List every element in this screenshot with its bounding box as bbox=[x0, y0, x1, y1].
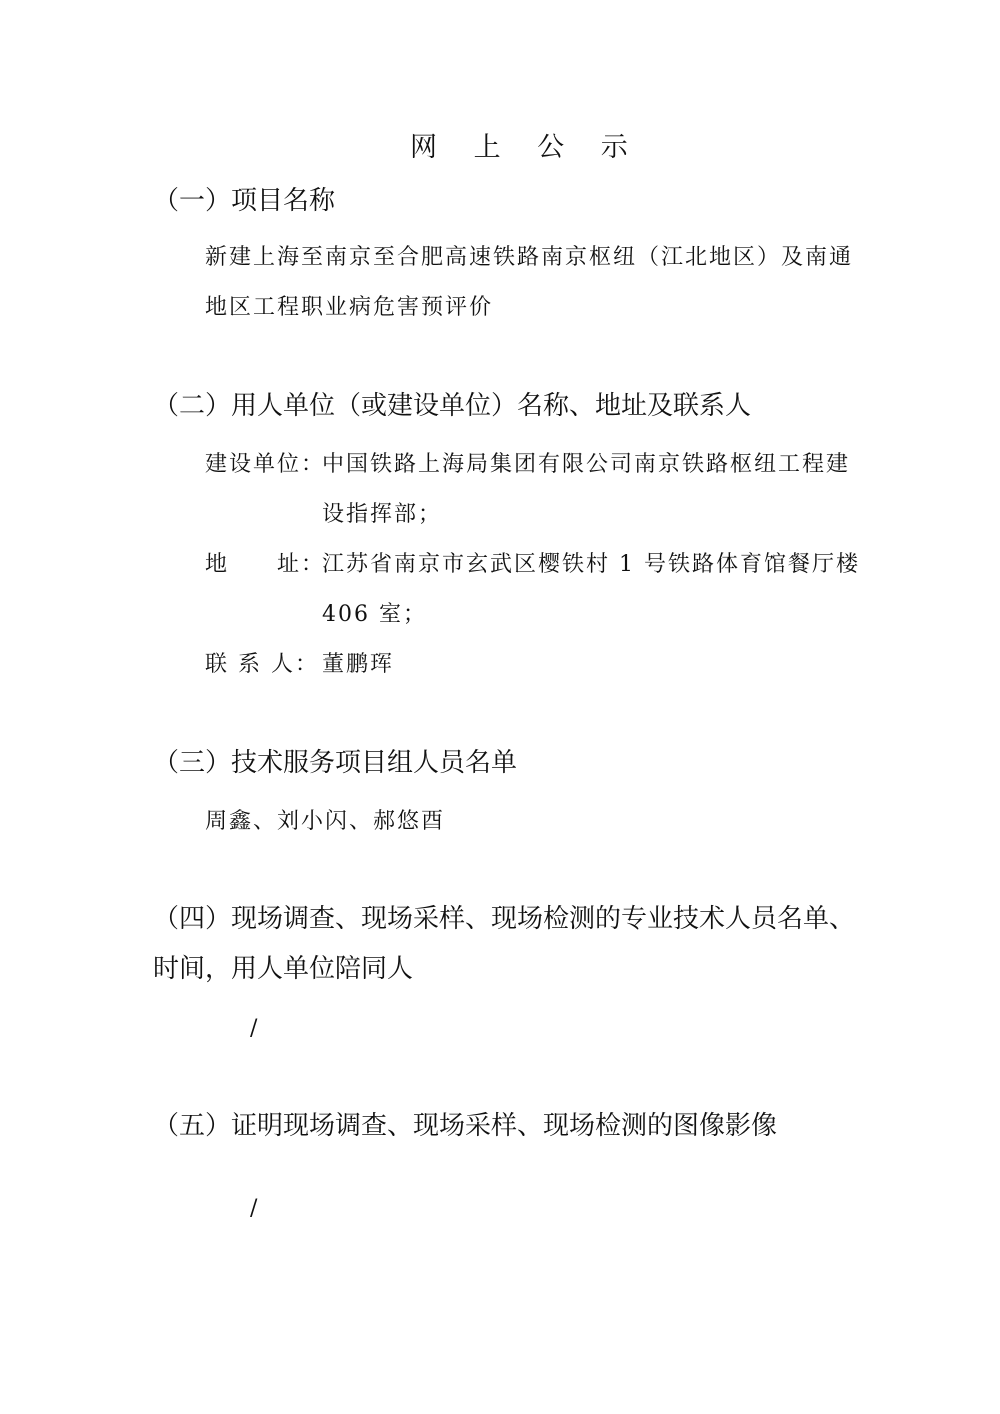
section-1-heading: （一）项目名称 bbox=[153, 188, 335, 214]
project-name-line-2: 地区工程职业病危害预评价 bbox=[205, 297, 493, 319]
page-title: 网 上 公 示 bbox=[410, 134, 642, 161]
address-label: 地 址： bbox=[205, 554, 325, 576]
project-name-line-1: 新建上海至南京至合肥高速铁路南京枢纽（江北地区）及南通 bbox=[205, 247, 853, 269]
construction-unit-value-line-2: 设指挥部； bbox=[322, 504, 442, 526]
section-4-content: / bbox=[250, 1018, 259, 1040]
section-4-heading-line-1: （四）现场调查、现场采样、现场检测的专业技术人员名单、 bbox=[153, 906, 855, 932]
section-4-heading-line-2: 时间，用人单位陪同人 bbox=[153, 956, 413, 982]
construction-unit-value-line-1: 中国铁路上海局集团有限公司南京铁路枢纽工程建 bbox=[322, 454, 850, 476]
contact-label: 联 系 人： bbox=[205, 654, 319, 676]
construction-unit-label: 建设单位： bbox=[205, 454, 325, 476]
team-members: 周鑫、刘小闪、郝悠酉 bbox=[205, 811, 445, 833]
section-3-heading: （三）技术服务项目组人员名单 bbox=[153, 750, 517, 776]
section-5-heading: （五）证明现场调查、现场采样、现场检测的图像影像 bbox=[153, 1113, 777, 1139]
contact-value: 董鹏珲 bbox=[322, 654, 394, 676]
address-value-line-2: 406 室； bbox=[322, 604, 427, 626]
address-value-line-1: 江苏省南京市玄武区樱铁村 1 号铁路体育馆餐厅楼 bbox=[322, 554, 860, 576]
section-2-heading: （二）用人单位（或建设单位）名称、地址及联系人 bbox=[153, 393, 751, 419]
section-5-content: / bbox=[250, 1198, 259, 1220]
